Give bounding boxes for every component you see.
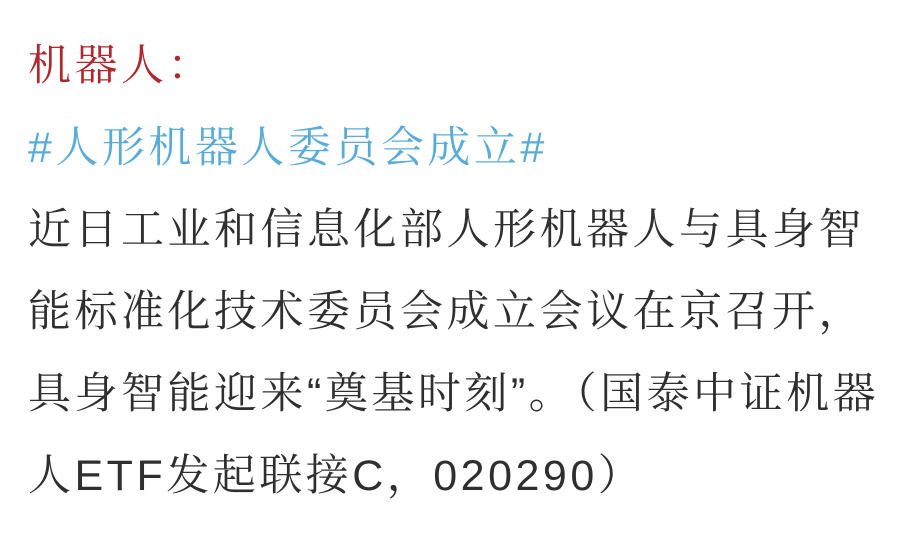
post-content: 机器人： #人形机器人委员会成立# 近日工业和信息化部人形机器人与具身智 能标准… [0, 0, 900, 517]
post-category-label: 机器人： [28, 25, 872, 107]
hashtag-line: #人形机器人委员会成立# [28, 107, 872, 189]
post-body-text: 近日工业和信息化部人形机器人与具身智 能标准化技术委员会成立会议在京召开， 具身… [28, 189, 872, 517]
hashtag-topic-link[interactable]: #人形机器人委员会成立# [28, 124, 548, 172]
